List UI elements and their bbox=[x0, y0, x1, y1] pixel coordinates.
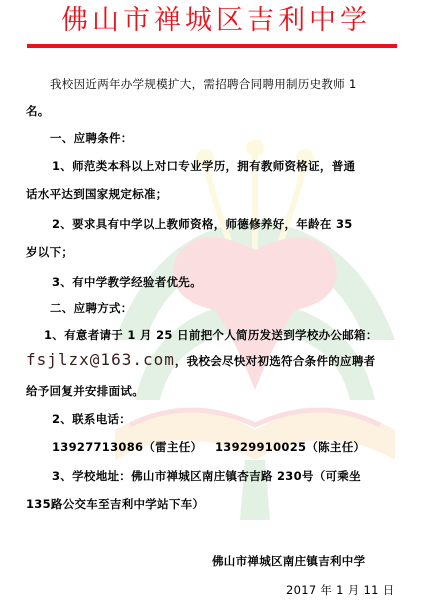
requirement-2-line2: 岁以下； bbox=[26, 244, 73, 260]
application-method-line2: fsjlzx@163.com，我校会尽快对初选符合条件的应聘者 bbox=[26, 352, 375, 369]
requirement-3: 3、有中学教学经验者优先。 bbox=[52, 274, 202, 290]
application-method-line2-text: ，我校会尽快对初选符合条件的应聘者 bbox=[175, 354, 376, 368]
phone-contact-1: 13927713086（雷主任） bbox=[52, 439, 202, 455]
address-line1: 3、学校地址：佛山市禅城区南庄镇杏吉路 230号（可乘坐 bbox=[52, 468, 361, 484]
document-body: 我校因近两年办学规模扩大，需招聘合同聘用制历史教师 1 名。 一、应聘条件： 1… bbox=[0, 0, 432, 600]
application-method-line1: 1、有意者请于 1 月 25 日前把个人简历发送到学校办公邮箱： bbox=[44, 327, 378, 343]
intro-paragraph-line2: 名。 bbox=[26, 103, 50, 119]
email-link[interactable]: fsjlzx@163.com bbox=[26, 350, 175, 369]
intro-paragraph-line1: 我校因近两年办学规模扩大，需招聘合同聘用制历史教师 1 bbox=[50, 76, 357, 92]
contact-heading: 2、联系电话： bbox=[52, 411, 131, 427]
phone-contact-2: 13929910025（陈主任） bbox=[215, 439, 365, 455]
application-method-line3: 给予回复并安排面试。 bbox=[26, 383, 144, 399]
address-line2: 135路公交车至吉利中学站下车） bbox=[26, 496, 204, 512]
signature-organization: 佛山市禅城区南庄镇吉利中学 bbox=[212, 553, 365, 569]
requirement-2-line1: 2、要求具有中学以上教师资格，师德修养好，年龄在 35 bbox=[52, 216, 353, 232]
section-heading-application: 二、应聘方式： bbox=[50, 300, 133, 316]
requirement-1-line2: 话水平达到国家规定标准； bbox=[26, 186, 168, 202]
requirement-1-line1: 1、师范类本科以上对口专业学历，拥有教师资格证，普通 bbox=[52, 158, 355, 174]
section-heading-requirements: 一、应聘条件： bbox=[50, 130, 133, 146]
signature-date: 2017 年 1 月 11 日 bbox=[286, 582, 395, 598]
